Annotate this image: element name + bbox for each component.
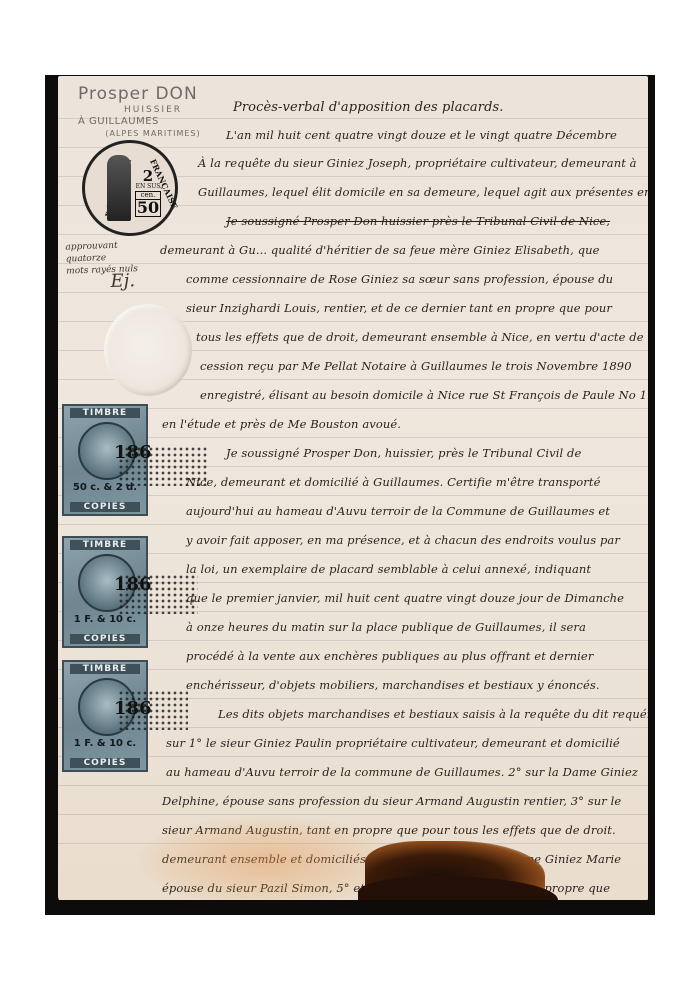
text-line: sieur Inzighardi Louis, rentier, et de c… — [186, 301, 612, 315]
margin-initials: Ej. — [110, 274, 156, 288]
stamp-bottom-label: COPIES — [70, 634, 140, 644]
bailiff-letterhead-stamp: Prosper DON HUISSIER À GUILLAUMES (ALPES… — [78, 84, 228, 138]
text-line: À la requête du sieur Giniez Joseph, pro… — [198, 156, 637, 170]
bailiff-town: À GUILLAUMES — [78, 116, 228, 127]
bailiff-name: Prosper DON — [78, 84, 228, 104]
bailiff-role: HUISSIER — [78, 105, 228, 115]
text-line: au hameau d'Auvu terroir de la commune d… — [166, 765, 638, 779]
stamp-top-label: TIMBRE — [70, 540, 140, 550]
text-line: Nice, demeurant et domicilié à Guillaume… — [186, 475, 600, 489]
seal-value-label: EN SUS — [135, 184, 161, 190]
perforation-pattern — [118, 690, 188, 730]
bailiff-department: (ALPES MARITIMES) — [78, 129, 228, 138]
ruled-line — [58, 292, 648, 293]
ruled-line — [58, 234, 648, 235]
stamp-top-label: TIMBRE — [70, 408, 140, 418]
text-line: enchérisseur, d'objets mobiliers, marcha… — [186, 678, 600, 692]
text-line: Les dits objets marchandises et bestiaux… — [218, 707, 648, 721]
text-line: y avoir fait apposer, en ma présence, et… — [186, 533, 620, 547]
text-line: sur 1° le sieur Giniez Paulin propriétai… — [166, 736, 620, 750]
document-title: Procès-verbal d'apposition des placards. — [233, 100, 504, 115]
document-page: Prosper DON HUISSIER À GUILLAUMES (ALPES… — [58, 76, 648, 904]
text-line: à onze heures du matin sur la place publ… — [186, 620, 586, 634]
seal-value-main: 2 — [135, 169, 161, 184]
stamp-value: 1 F. & 10 c. — [64, 614, 146, 625]
ruled-line — [58, 785, 648, 786]
margin-note-line: approuvant quatorze — [65, 238, 156, 265]
embossed-dry-seal — [104, 304, 192, 396]
margin-approval-note: approuvant quatorze mots rayés nuls Ej. — [65, 238, 157, 289]
text-line: cession reçu par Me Pellat Notaire à Gui… — [200, 359, 632, 373]
seal-amount: 50 — [135, 200, 161, 217]
text-line: Delphine, épouse sans profession du sieu… — [162, 794, 621, 808]
text-line: que le premier janvier, mil huit cent qu… — [186, 591, 624, 605]
text-line: L'an mil huit cent quatre vingt douze et… — [226, 128, 617, 142]
seal-value: 2 EN SUS cen. 50 — [135, 169, 161, 217]
stamp-value: 1 F. & 10 c. — [64, 738, 146, 749]
text-line-struck: Je soussigné Prosper Don huissier près l… — [226, 214, 610, 228]
ruled-line — [58, 814, 648, 815]
document-bottom-edge — [58, 900, 648, 914]
stamp-bottom-label: COPIES — [70, 758, 140, 768]
text-line: aujourd'hui au hameau d'Auvu terroir de … — [186, 504, 610, 518]
text-line: enregistré, élisant au besoin domicile à… — [200, 388, 648, 402]
fiscal-seal-stamp: RÉPUBLIQUE FRANÇAISE 2 EN SUS cen. 50 — [82, 140, 178, 236]
text-line: Guillaumes, lequel élit domicile en sa d… — [198, 185, 648, 199]
stamp-bottom-label: COPIES — [70, 502, 140, 512]
stamp-top-label: TIMBRE — [70, 664, 140, 674]
text-line: comme cessionnaire de Rose Giniez sa sœu… — [186, 272, 613, 286]
text-line: tous les effets que de droit, demeurant … — [196, 330, 644, 344]
text-line: la loi, un exemplaire de placard semblab… — [186, 562, 591, 576]
text-line: demeurant à Gu... qualité d'héritier de … — [160, 243, 600, 257]
text-line: Je soussigné Prosper Don, huissier, près… — [226, 446, 581, 460]
ruled-line — [58, 524, 648, 525]
text-line: en l'étude et près de Me Bouston avoué. — [162, 417, 401, 431]
text-line: procédé à la vente aux enchères publique… — [186, 649, 593, 663]
marianne-figure-icon — [107, 155, 131, 221]
